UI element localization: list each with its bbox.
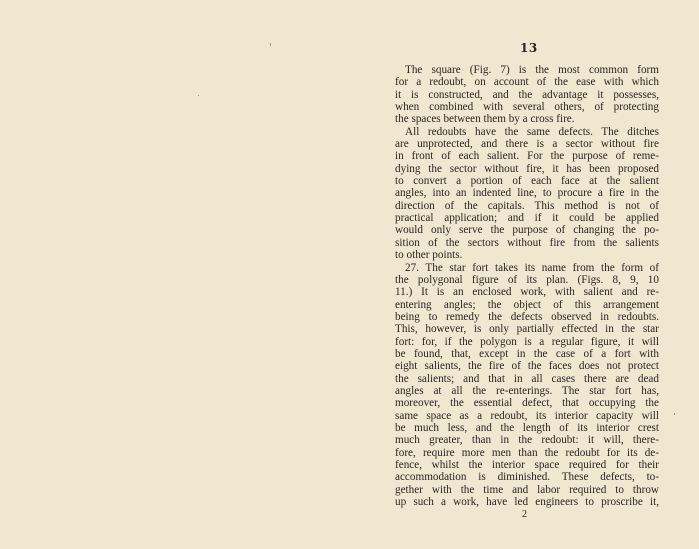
text-line: moreover, the essential defect, that occ… [395,397,659,409]
text-line: much greater, than in the redoubt: it wi… [395,434,659,446]
text-line: the polygonal figure of its plan. (Figs.… [395,274,659,286]
text-line: fore, require more men than the redoubt … [395,447,659,459]
text-line: the salients; and that in all cases ther… [395,373,659,385]
text-line: 27. The star fort takes its name from th… [395,262,659,274]
paper-speck [270,43,271,46]
text-line: be much less, and the length of its inte… [395,422,659,434]
text-line: in front of each salient. For the purpos… [395,150,659,162]
page-number: 13 [520,41,538,55]
text-line: same space as a redoubt, its interior ca… [395,410,659,422]
text-line: The square (Fig. 7) is the most common f… [395,64,659,76]
body-text-column: The square (Fig. 7) is the most common f… [395,64,659,508]
text-line: sition of the sectors without fire from … [395,237,659,249]
text-line: when combined with several others, of pr… [395,101,659,113]
text-line: This, however, is only partially effecte… [395,323,659,335]
text-line: angles, into an indented line, to procur… [395,187,659,199]
text-line: being to remedy the defects observed in … [395,311,659,323]
paper-speck [198,95,199,96]
text-line: entering angles; the object of this arra… [395,299,659,311]
text-line: to other points. [395,249,659,261]
text-line: eight salients, the fire of the faces do… [395,360,659,372]
text-line: angles at all the re-enterings. The star… [395,385,659,397]
text-line: All redoubts have the same defects. The … [395,126,659,138]
text-line: practical application; and if it could b… [395,212,659,224]
text-line: fence, whilst the interior space require… [395,459,659,471]
paper-speck [674,413,675,415]
text-line: dying the sector without fire, it has be… [395,163,659,175]
text-line: are unprotected, and there is a sector w… [395,138,659,150]
text-line: 11.) It is an enclosed work, with salien… [395,286,659,298]
text-line: be found, that, except in the case of a … [395,348,659,360]
text-line: it is constructed, and the advantage it … [395,89,659,101]
text-line: would only serve the purpose of changing… [395,224,659,236]
text-line: up such a work, have led engineers to pr… [395,496,659,508]
signature-mark: 2 [522,509,527,520]
text-line: fort: for, if the polygon is a regular f… [395,336,659,348]
text-line: accommodation is diminished. These defec… [395,471,659,483]
text-line: to convert a portion of each face at the… [395,175,659,187]
text-line: gether with the time and labor required … [395,484,659,496]
text-line: for a redoubt, on account of the ease wi… [395,76,659,88]
text-line: the spaces between them by a cross fire. [395,113,659,125]
text-line: direction of the capitals. This method i… [395,200,659,212]
